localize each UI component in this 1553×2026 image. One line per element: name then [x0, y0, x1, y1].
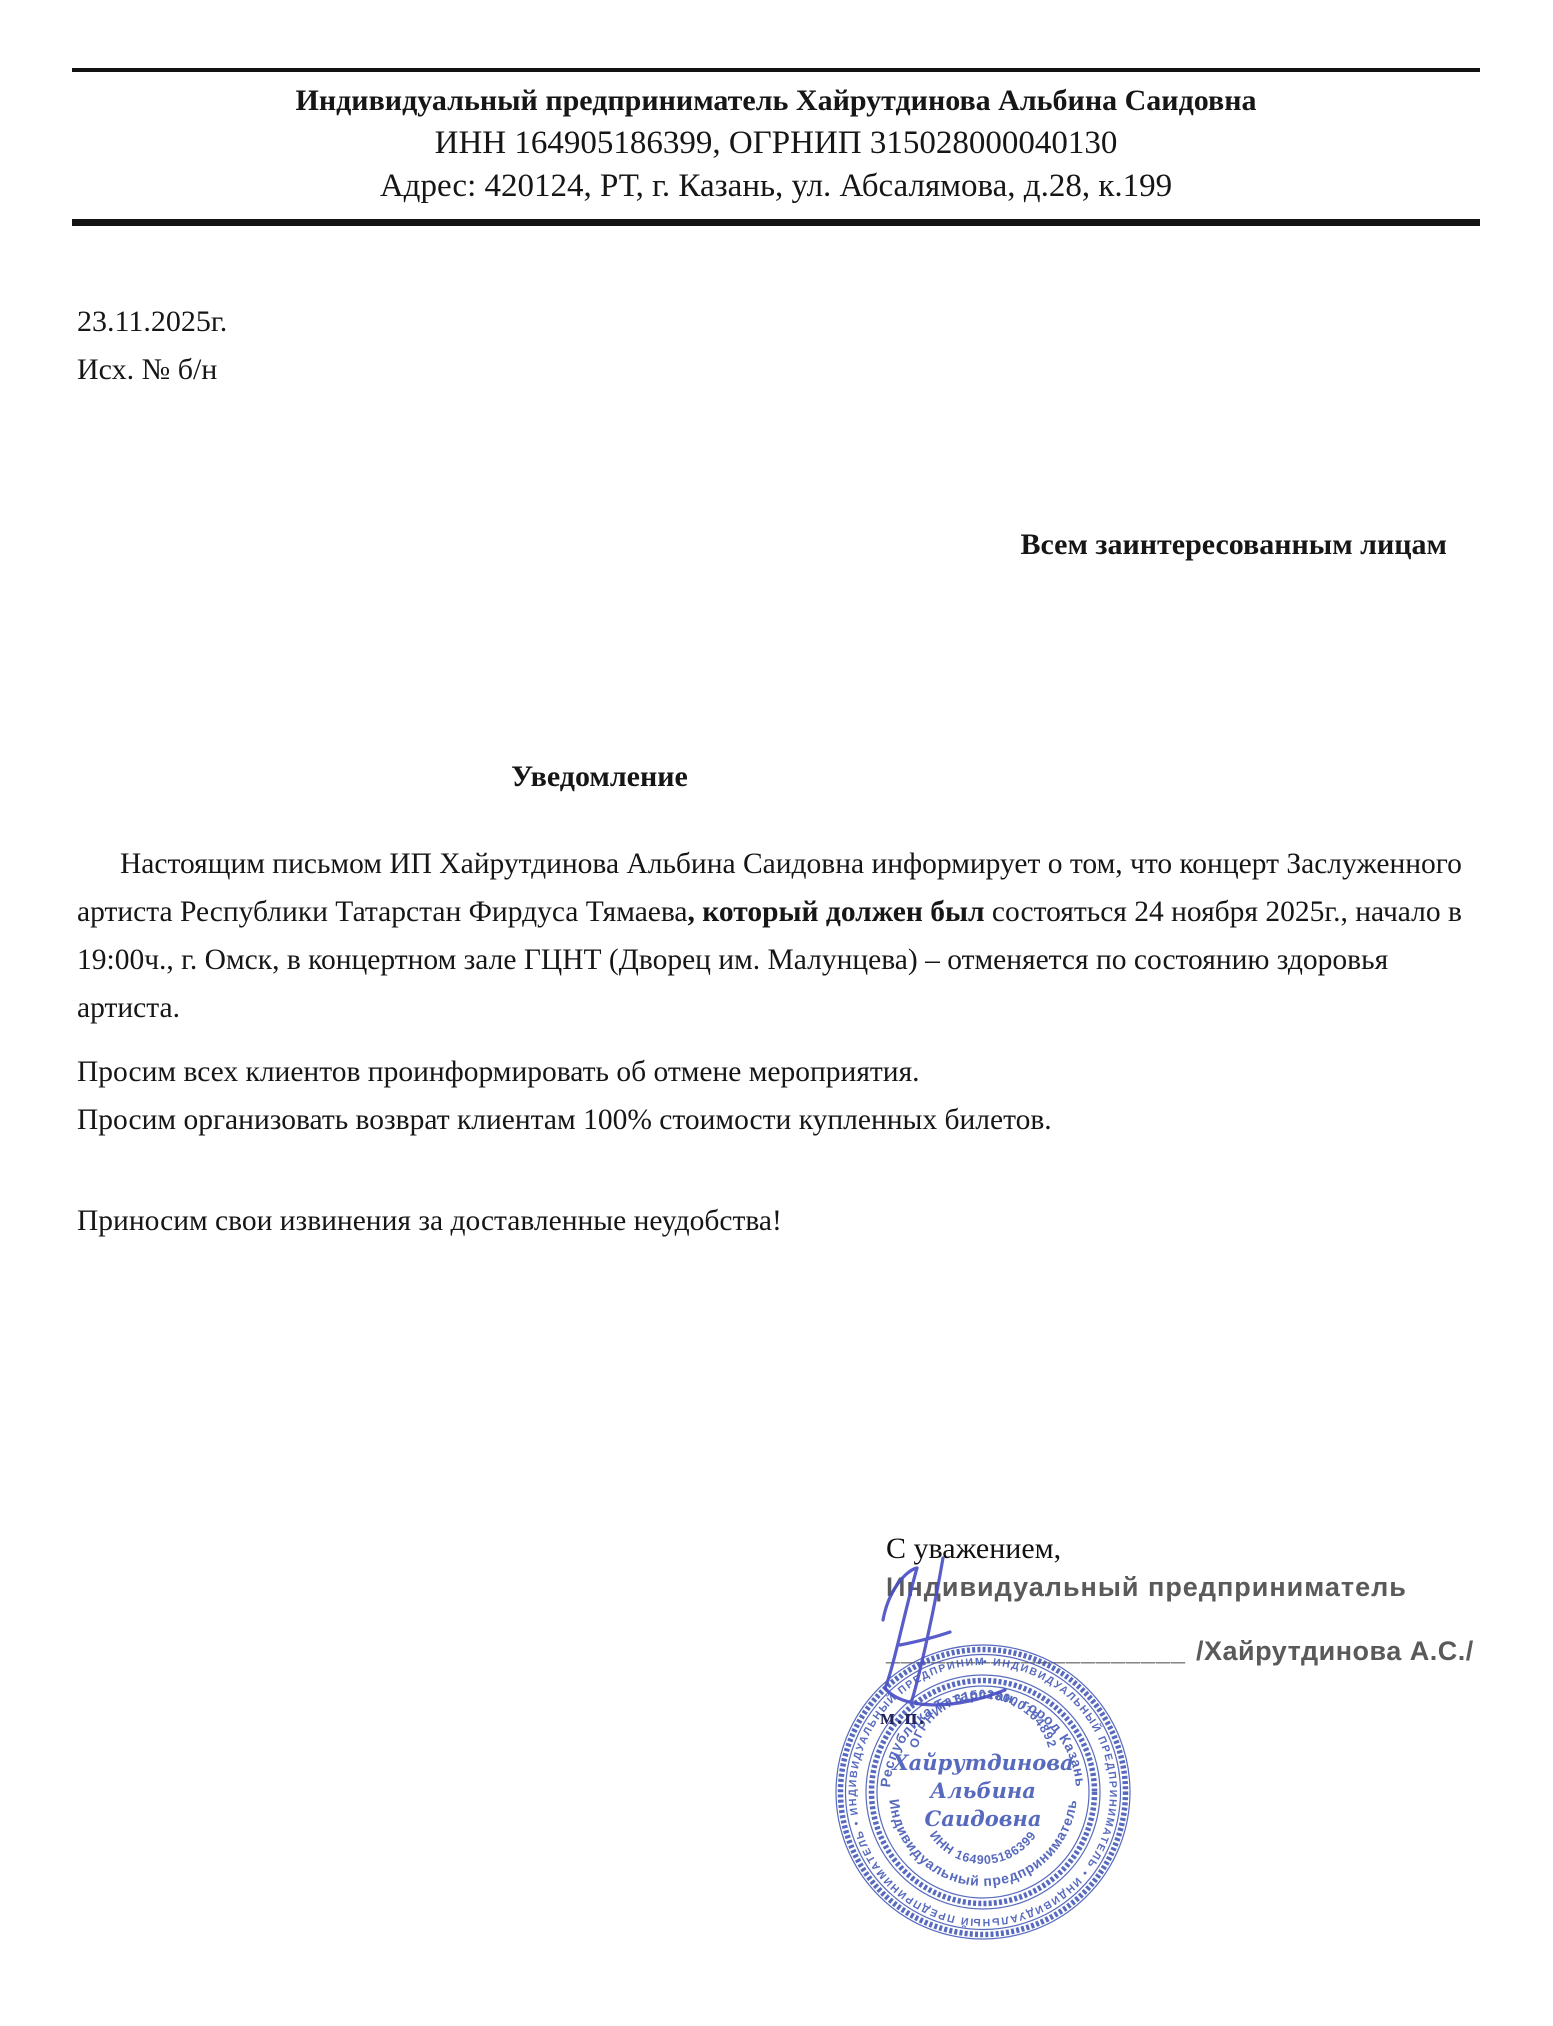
stamp-inn-arc: ИНН 164905186399	[927, 1828, 1039, 1867]
main-paragraph: Настоящим письмом ИП Хайрутдинова Альбин…	[77, 840, 1497, 1032]
signer-name: /Хайрутдинова А.С./	[1196, 1636, 1474, 1667]
paragraph-part2-bold: , который должен был	[688, 896, 992, 928]
signature-stroke-main	[885, 1568, 917, 1688]
signature-stroke-tail	[885, 1688, 1005, 1705]
meta-block: 23.11.2025г. Исх. № б/н	[77, 298, 227, 394]
request-line-2: Просим организовать возврат клиентам 100…	[77, 1096, 1497, 1144]
address-line: Адрес: 420124, РТ, г. Казань, ул. Абсаля…	[72, 165, 1480, 208]
outgoing-number: Исх. № б/н	[77, 346, 227, 394]
signature-stroke-second	[912, 1558, 943, 1700]
letter-page: Индивидуальный предприниматель Хайрутдин…	[0, 0, 1553, 2026]
apology-line: Приносим свои извинения за доставленные …	[77, 1205, 1497, 1238]
addressee: Всем заинтересованным лицам	[1020, 528, 1447, 562]
requests-block: Просим всех клиентов проинформировать об…	[77, 1048, 1497, 1144]
handwritten-signature	[855, 1550, 1075, 1725]
stamp-name-line3: Саидовна	[925, 1806, 1042, 1831]
signature-stroke-hook	[883, 1568, 917, 1620]
request-line-1: Просим всех клиентов проинформировать об…	[77, 1048, 1497, 1096]
seal-place-mark: м.п.	[880, 1704, 927, 1730]
letterhead: Индивидуальный предприниматель Хайрутдин…	[72, 68, 1480, 226]
document-title: Уведомление	[77, 760, 1122, 794]
stamp-name-line1: Хайрутдинова	[890, 1750, 1073, 1775]
entrepreneur-name: Индивидуальный предприниматель Хайрутдин…	[72, 79, 1480, 122]
stamp-name-line2: Альбина	[928, 1778, 1036, 1803]
inn-ogrnip-line: ИНН 164905186399, ОГРНИП 315028000040130	[72, 122, 1480, 165]
letter-date: 23.11.2025г.	[77, 298, 227, 346]
